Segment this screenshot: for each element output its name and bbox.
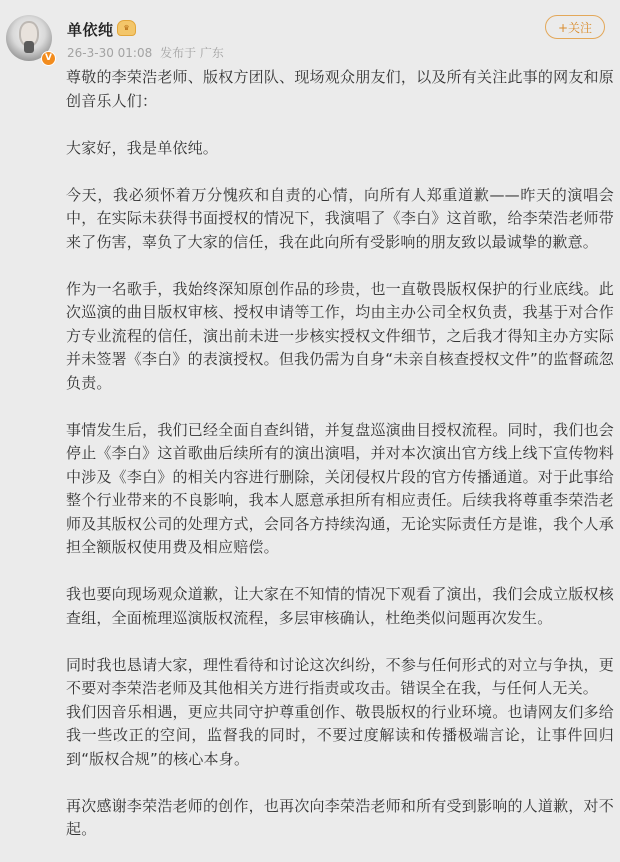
crown-icon[interactable]: ♛ [117, 20, 136, 36]
post-location: 发布于 广东 [160, 46, 224, 60]
post-meta: 26-3-30 01:08 发布于 广东 [67, 44, 228, 61]
post-body: 尊敬的李荣浩老师、版权方团队、现场观众朋友们，以及所有关注此事的网友和原创音乐人… [66, 66, 614, 862]
paragraph-greeting: 尊敬的李荣浩老师、版权方团队、现场观众朋友们，以及所有关注此事的网友和原创音乐人… [66, 66, 614, 113]
paragraph-apology: 今天，我必须怀着万分愧疚和自责的心情，向所有人郑重道歉——昨天的演唱会中，在实际… [66, 184, 614, 255]
post-header: V 单依纯 ♛ 26-3-30 01:08 发布于 广东 +关注 [0, 0, 620, 62]
paragraph-intro: 大家好，我是单依纯。 [66, 137, 614, 161]
post-timestamp: 26-3-30 01:08 [67, 46, 152, 60]
verified-icon: V [41, 51, 56, 66]
paragraph-closing: 再次感谢李荣浩老师的创作，也再次向李荣浩老师和所有受到影响的人道歉，对不起。 [66, 795, 614, 842]
follow-button[interactable]: +关注 [545, 15, 605, 39]
paragraph-audience-apology: 我也要向现场观众道歉，让大家在不知情的情况下观看了演出，我们会成立版权核查组，全… [66, 583, 614, 630]
author-name[interactable]: 单依纯 [67, 19, 114, 40]
avatar-mouth-shape [24, 41, 34, 53]
paragraph-request: 同时我也恳请大家，理性看待和讨论这次纠纷，不参与任何形式的对立与争执，更不要对李… [66, 654, 614, 701]
paragraph-actions: 事情发生后，我们已经全面自查纠错，并复盘巡演曲目授权流程。同时，我们也会停止《李… [66, 419, 614, 560]
paragraph-industry: 我们因音乐相遇，更应共同守护尊重创作、敬畏版权的行业环境。也请网友们多给我一些改… [66, 701, 614, 772]
weibo-post: V 单依纯 ♛ 26-3-30 01:08 发布于 广东 +关注 尊敬的李荣浩老… [0, 0, 620, 862]
paragraph-responsibility: 作为一名歌手，我始终深知原创作品的珍贵，也一直敬畏版权保护的行业底线。此次巡演的… [66, 278, 614, 396]
